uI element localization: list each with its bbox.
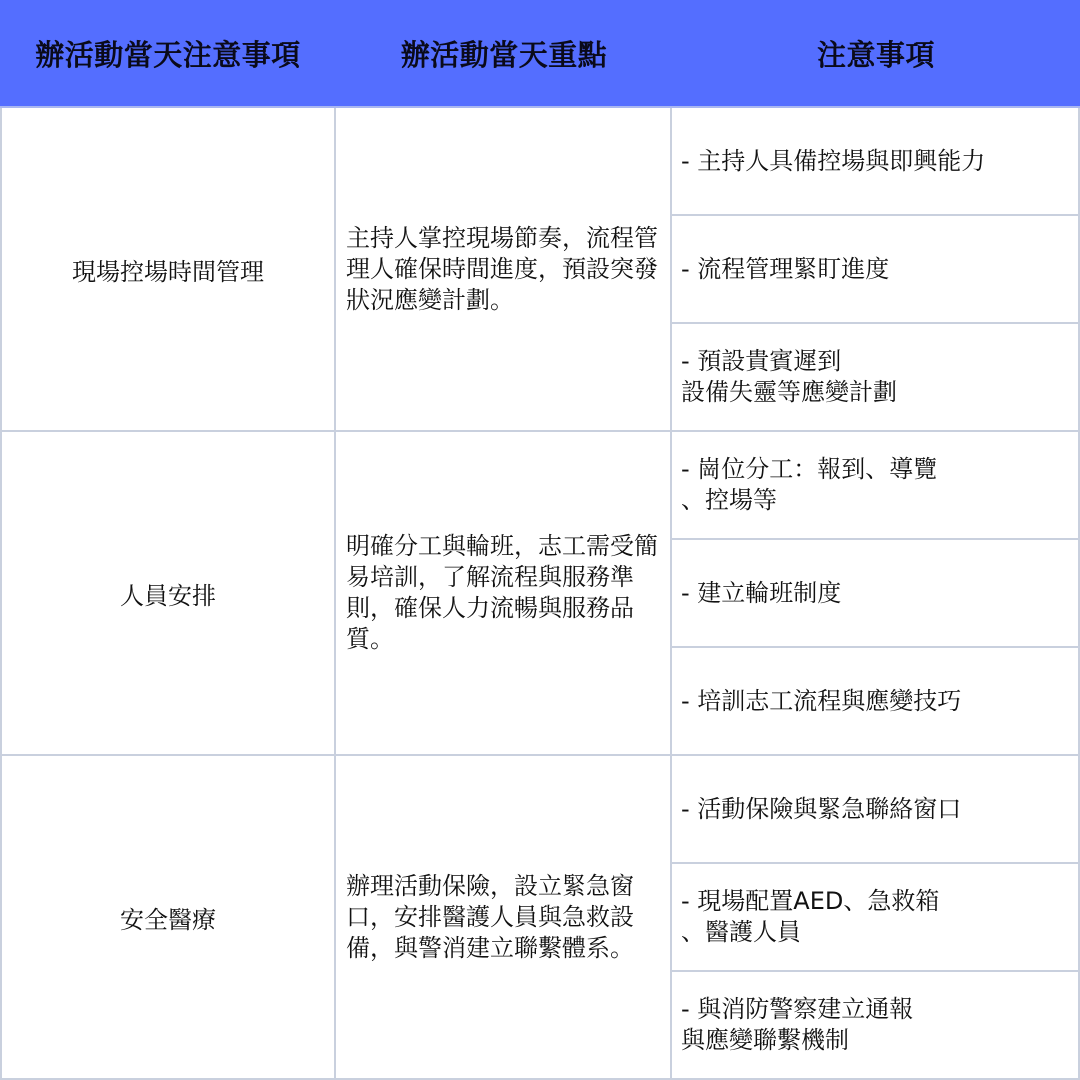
row-notes: - 崗位分工：報到、導覽 、控場等 - 建立輪班制度 - 培訓志工流程與應變技巧 (672, 432, 1080, 754)
table-row-time-management: 現場控場時間管理 主持人掌控現場節奏，流程管理人確保時間進度，預設突發狀況應變計… (0, 108, 1080, 432)
note-item: - 活動保險與緊急聯絡窗口 (672, 756, 1078, 864)
note-item: - 培訓志工流程與應變技巧 (672, 648, 1078, 754)
row-category: 人員安排 (0, 432, 336, 754)
header-notes: 注意事項 (672, 0, 1080, 106)
row-category: 安全醫療 (0, 756, 336, 1078)
note-item: - 主持人具備控場與即興能力 (672, 108, 1078, 216)
table-header: 辦活動當天注意事項 辦活動當天重點 注意事項 (0, 0, 1080, 108)
note-item: - 崗位分工：報到、導覽 、控場等 (672, 432, 1078, 540)
table-row-safety-medical: 安全醫療 辦理活動保險，設立緊急窗口，安排醫護人員與急救設備，與警消建立聯繫體系… (0, 756, 1080, 1080)
header-category: 辦活動當天注意事項 (0, 0, 336, 106)
row-category: 現場控場時間管理 (0, 108, 336, 430)
event-day-checklist-table: 辦活動當天注意事項 辦活動當天重點 注意事項 現場控場時間管理 主持人掌控現場節… (0, 0, 1080, 1080)
note-item: - 現場配置AED、急救箱 、醫護人員 (672, 864, 1078, 972)
note-item: - 建立輪班制度 (672, 540, 1078, 648)
table-row-staffing: 人員安排 明確分工與輪班，志工需受簡易培訓，了解流程與服務準則，確保人力流暢與服… (0, 432, 1080, 756)
row-focus: 明確分工與輪班，志工需受簡易培訓，了解流程與服務準則，確保人力流暢與服務品質。 (336, 432, 672, 754)
note-item: - 預設貴賓遲到 設備失靈等應變計劃 (672, 324, 1078, 430)
row-focus: 主持人掌控現場節奏，流程管理人確保時間進度，預設突發狀況應變計劃。 (336, 108, 672, 430)
row-notes: - 活動保險與緊急聯絡窗口 - 現場配置AED、急救箱 、醫護人員 - 與消防警… (672, 756, 1080, 1078)
row-focus: 辦理活動保險，設立緊急窗口，安排醫護人員與急救設備，與警消建立聯繫體系。 (336, 756, 672, 1078)
row-notes: - 主持人具備控場與即興能力 - 流程管理緊盯進度 - 預設貴賓遲到 設備失靈等… (672, 108, 1080, 430)
header-focus: 辦活動當天重點 (336, 0, 672, 106)
note-item: - 流程管理緊盯進度 (672, 216, 1078, 324)
note-item: - 與消防警察建立通報 與應變聯繫機制 (672, 972, 1078, 1078)
